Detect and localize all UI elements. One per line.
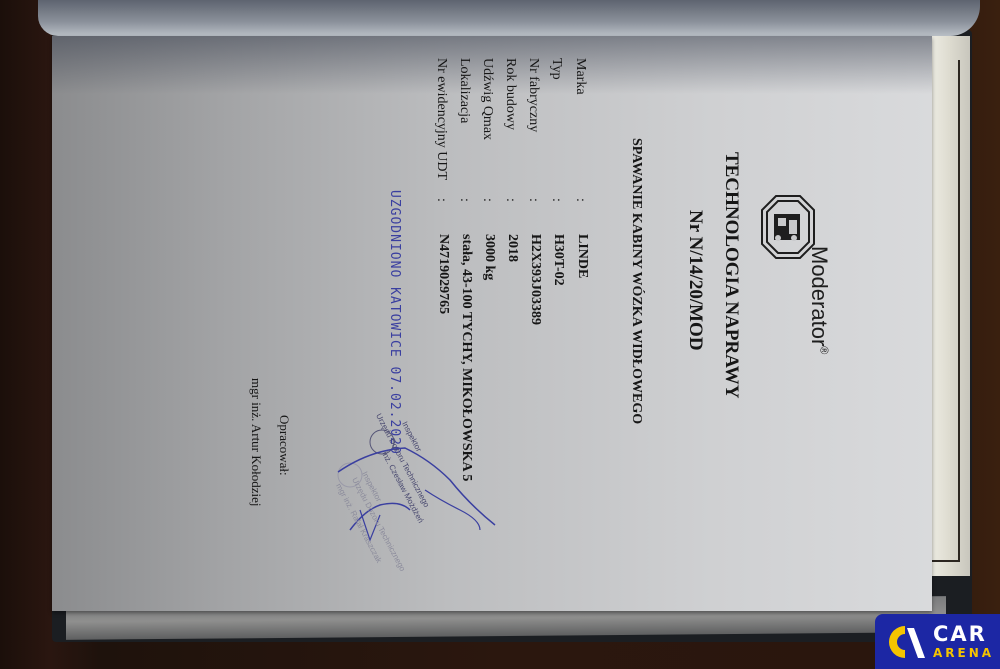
- field-separator: :: [456, 198, 472, 202]
- brand-name: Moderator®: [806, 246, 832, 354]
- field-label-lokalizacja: Lokalizacja: [456, 58, 472, 123]
- field-separator: :: [572, 198, 588, 202]
- underlying-page-frame: [930, 60, 960, 562]
- field-label-udzwig: Udźwig Qmax: [479, 58, 495, 140]
- field-separator: :: [433, 198, 449, 202]
- field-value-udzwig: 3000 kg: [481, 234, 497, 280]
- field-label-rok-budowy: Rok budowy: [502, 58, 518, 130]
- field-value-rok-budowy: 2018: [504, 234, 520, 262]
- field-label-nr-fabryczny: Nr fabryczny: [525, 58, 541, 132]
- car-arena-logo-icon: [887, 622, 927, 662]
- author-name: mgr inż. Artur Kołodziej: [248, 378, 264, 507]
- document-number: Nr N/14/20/MOD: [684, 210, 706, 351]
- photo-scene: Moderator® TECHNOLOGIA NAPRAWY Nr N/14/2…: [0, 0, 1000, 669]
- prepared-by-label: Opracował:: [276, 415, 292, 476]
- field-value-nr-fabryczny: H2X393J03389: [527, 234, 543, 325]
- document-title: TECHNOLOGIA NAPRAWY: [720, 152, 742, 399]
- field-separator: :: [525, 198, 541, 202]
- field-value-typ: H30T-02: [550, 234, 566, 286]
- car-arena-watermark: CAR ARENA: [875, 614, 1000, 669]
- field-separator: :: [479, 198, 495, 202]
- field-value-marka: LINDE: [574, 234, 590, 278]
- field-label-marka: Marka: [572, 58, 588, 95]
- field-value-nr-udt: N4719029765: [435, 234, 451, 314]
- inspector-stamp: Urzędu Dozoru Technicznego Inspektor inż…: [330, 410, 500, 570]
- watermark-line-1: CAR: [933, 624, 994, 645]
- field-label-nr-udt: Nr ewidencyjny UDT: [433, 58, 449, 180]
- document-subject: SPAWANIE KABINY WÓZKA WIDŁOWEGO: [628, 138, 644, 424]
- field-separator: :: [548, 198, 564, 202]
- field-separator: :: [502, 198, 518, 202]
- watermark-line-2: ARENA: [933, 647, 994, 659]
- binder-top-sheet: [38, 0, 980, 36]
- field-label-typ: Typ: [548, 58, 564, 80]
